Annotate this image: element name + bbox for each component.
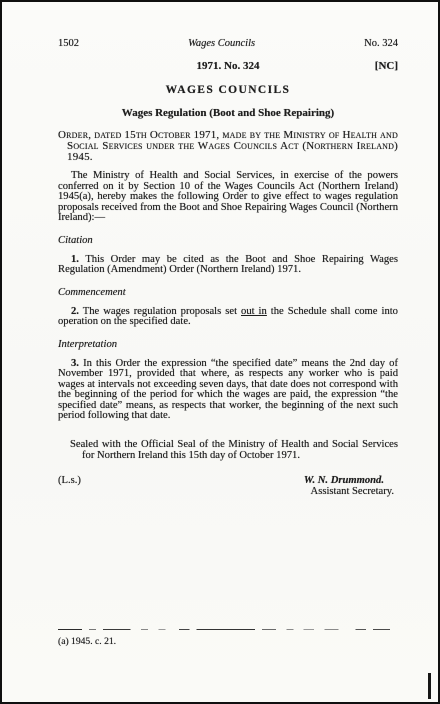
running-number: No. 324 [364, 38, 398, 49]
sub-heading: Wages Regulation (Boot and Shoe Repairin… [58, 107, 398, 119]
order-description: Order, dated 15th October 1971, made by … [58, 130, 398, 162]
corner-tag: [NC] [375, 60, 398, 72]
section-body: In this Order the expression “the specif… [58, 358, 398, 422]
seal-mark: (L.s.) [58, 475, 81, 497]
preamble-paragraph: The Ministry of Health and Social Servic… [58, 171, 398, 224]
section-paragraph-interpretation: 3. In this Order the expression “the spe… [58, 359, 398, 422]
scanned-document-page: 1502 Wages Councils No. 324 1971. No. 32… [0, 0, 440, 704]
section-body: This Order may be cited as the Boot and … [58, 254, 398, 276]
footnote: (a) 1945. c. 21. [58, 636, 404, 647]
running-title: Wages Councils [188, 38, 255, 49]
signature-title: Assistant Secretary. [311, 486, 394, 497]
signature-row: (L.s.) W. N. Drummond. Assistant Secreta… [58, 475, 398, 497]
signature-name: W. N. Drummond. [304, 475, 394, 486]
section-body-underlined: out in [241, 306, 267, 317]
doc-number-row: 1971. No. 324 [NC] [58, 60, 398, 72]
section-paragraph-commencement: 2. The wages regulation proposals set ou… [58, 307, 398, 328]
footnote-area: (a) 1945. c. 21. [58, 629, 404, 647]
section-heading-commencement: Commencement [58, 287, 398, 298]
page-number: 1502 [58, 38, 79, 49]
section-number: 3. [71, 358, 79, 369]
scan-edge-artifact [428, 673, 431, 699]
main-heading: WAGES COUNCILS [58, 84, 398, 96]
sealing-clause: Sealed with the Official Seal of the Min… [70, 439, 398, 461]
footnote-rule [58, 629, 404, 631]
signature-block: W. N. Drummond. Assistant Secretary. [304, 475, 398, 497]
doc-number: 1971. No. 324 [197, 60, 260, 72]
section-paragraph-citation: 1. This Order may be cited as the Boot a… [58, 255, 398, 276]
section-heading-citation: Citation [58, 235, 398, 246]
running-header: 1502 Wages Councils No. 324 [58, 38, 398, 49]
section-heading-interpretation: Interpretation [58, 339, 398, 350]
